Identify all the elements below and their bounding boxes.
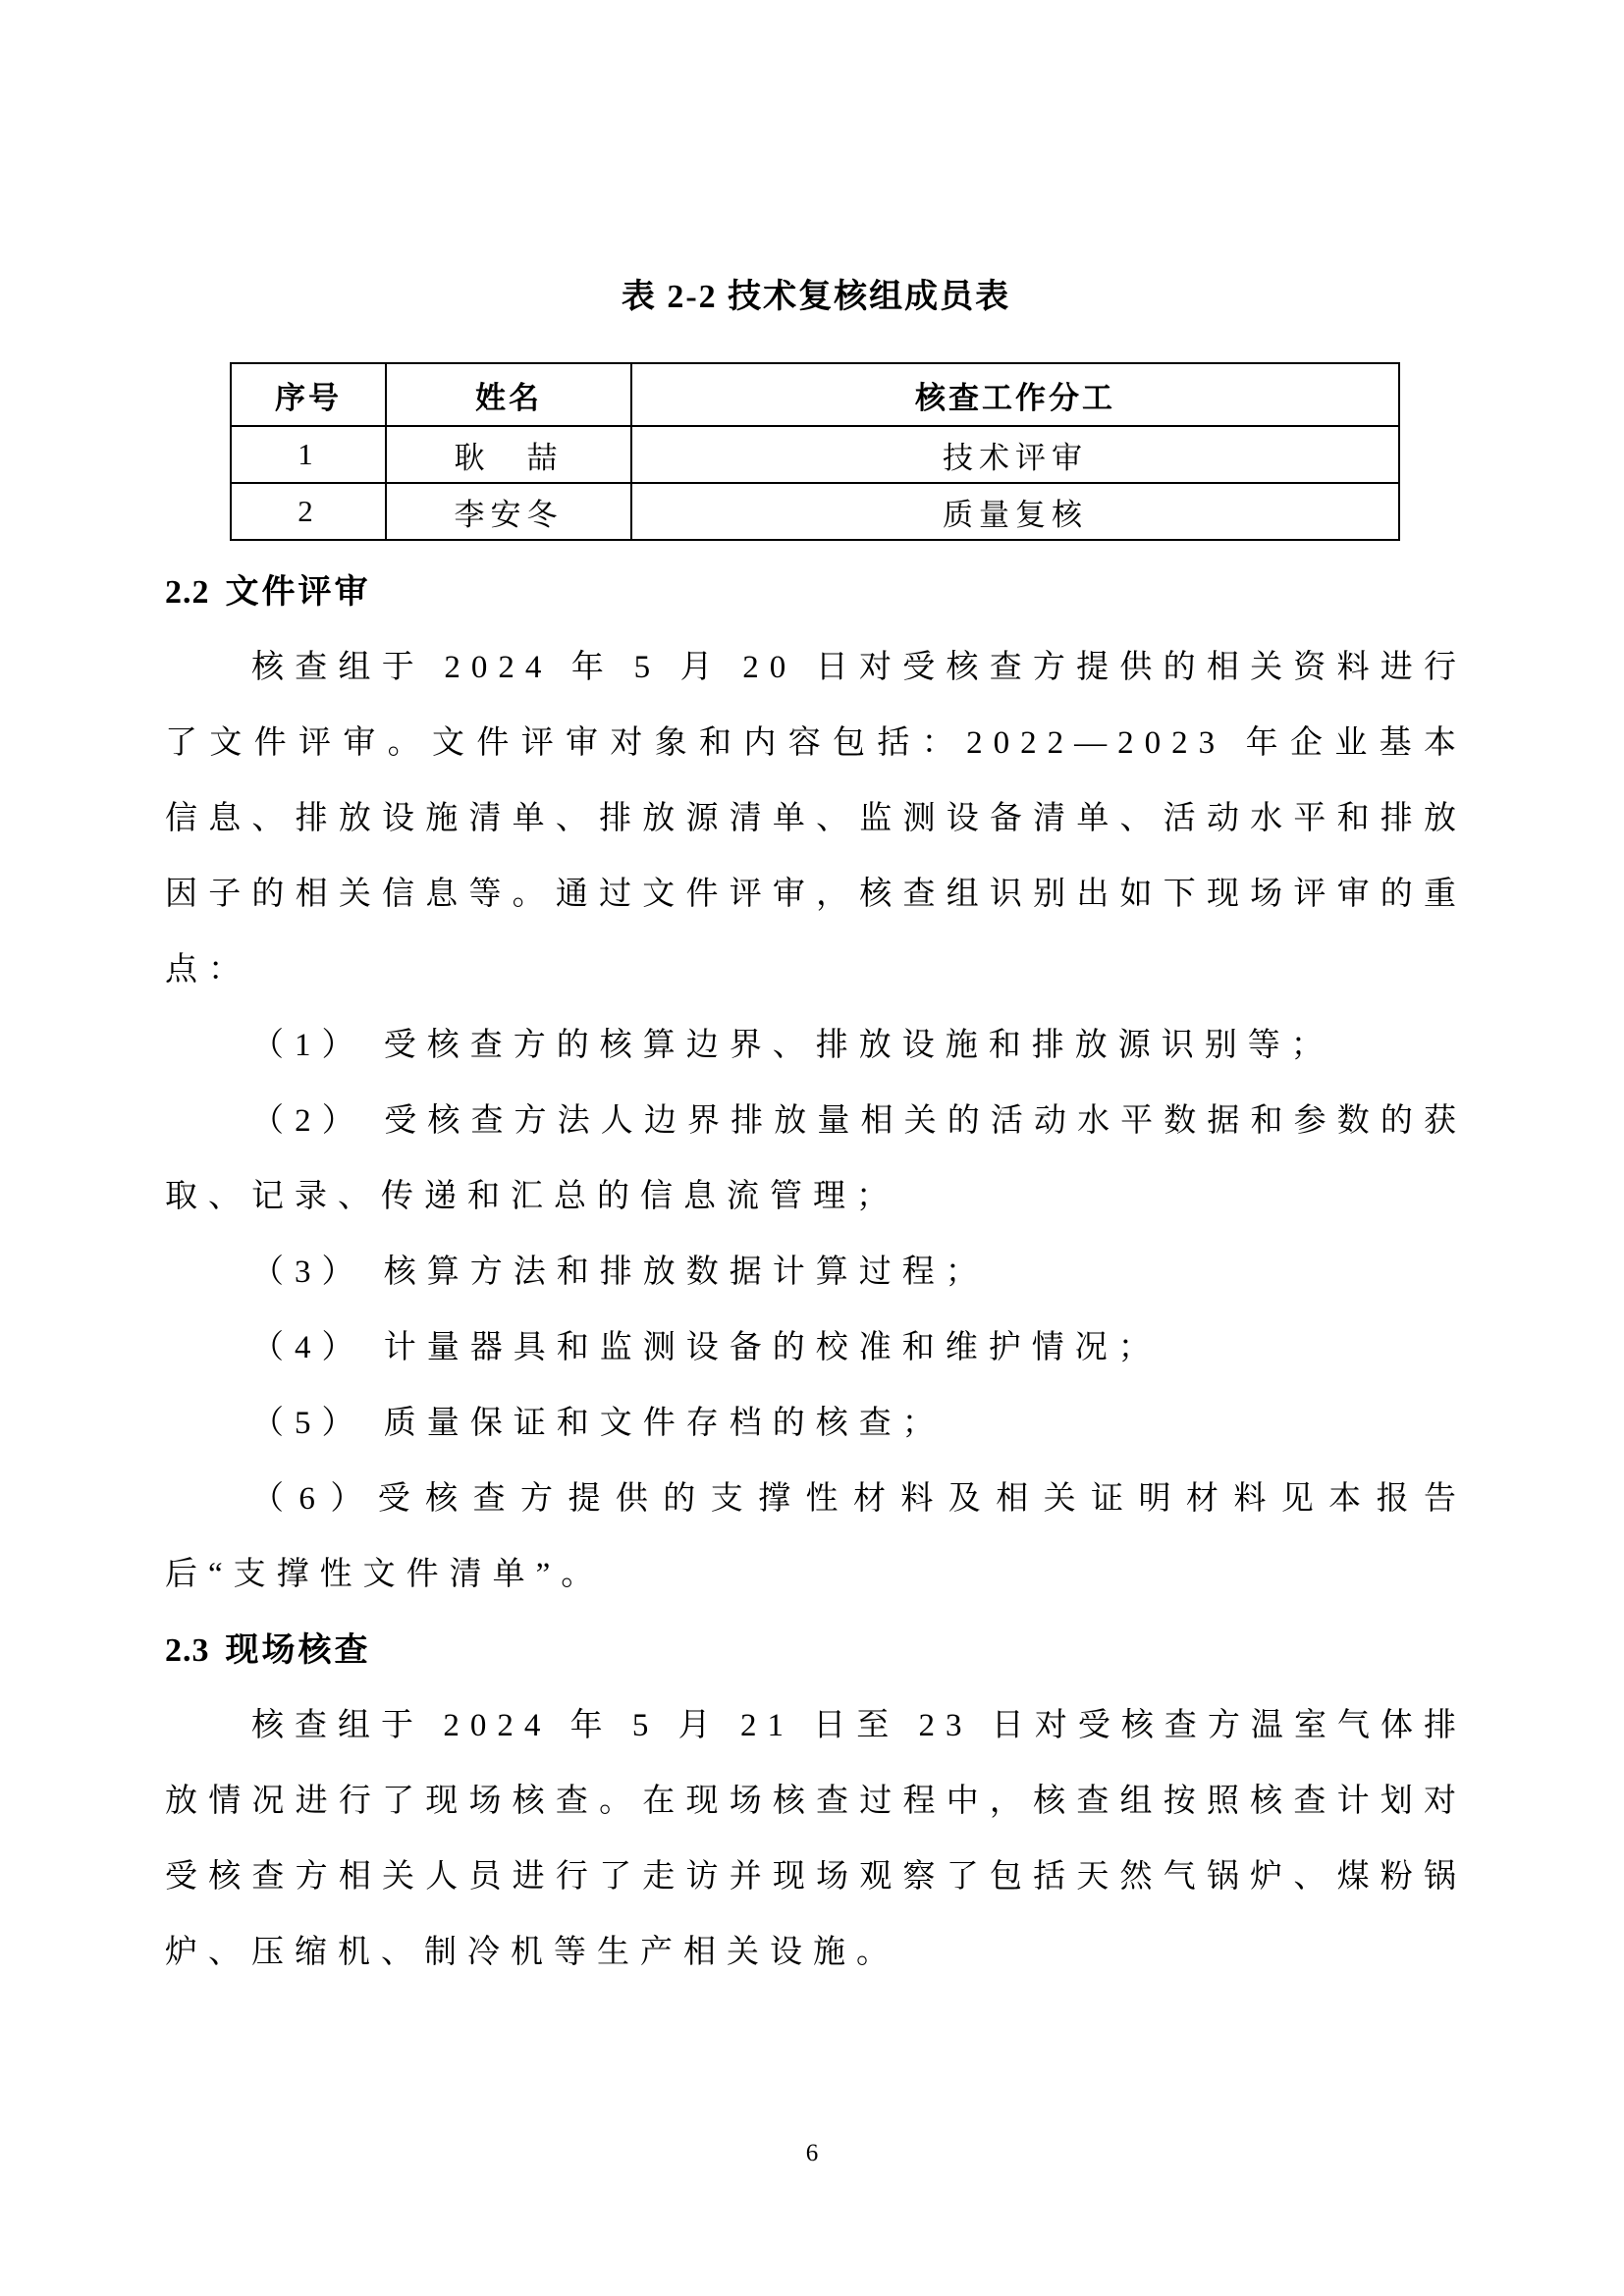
list-item-2: （2） 受核查方法人边界排放量相关的活动水平数据和参数的获取、记录、传递和汇总的…: [165, 1084, 1467, 1235]
section-title: 文件评审: [226, 574, 371, 611]
cell-index: 2: [231, 483, 386, 540]
table-row: 1 耿 喆 技术评审: [231, 426, 1399, 483]
list-item-4: （4） 计量器具和监测设备的校准和维护情况；: [165, 1310, 1467, 1386]
section-number: 2.3: [165, 1632, 210, 1669]
document-content: 表 2-2 技术复核组成员表 序号 姓名 核查工作分工 1 耿 喆 技术评审 2…: [0, 0, 1624, 1991]
cell-index: 1: [231, 426, 386, 483]
list-item-1: （1） 受核查方的核算边界、排放设施和排放源识别等；: [165, 1008, 1467, 1084]
col-header-index: 序号: [231, 363, 386, 426]
col-header-duty: 核查工作分工: [631, 363, 1399, 426]
list-item-6: （6）受核查方提供的支撑性材料及相关证明材料见本报告后“支撑性文件清单”。: [165, 1462, 1467, 1613]
section-heading-2-2: 2.2文件评审: [165, 555, 1467, 630]
list-item-3: （3） 核算方法和排放数据计算过程；: [165, 1235, 1467, 1310]
paragraph-document-review: 核查组于 2024 年 5 月 20 日对受核查方提供的相关资料进行了文件评审。…: [165, 630, 1467, 1008]
cell-duty: 质量复核: [631, 483, 1399, 540]
table-title: 表 2-2 技术复核组成员表: [165, 0, 1467, 317]
table-row: 2 李安冬 质量复核: [231, 483, 1399, 540]
section-number: 2.2: [165, 574, 210, 611]
section-title: 现场核查: [226, 1632, 371, 1669]
cell-duty: 技术评审: [631, 426, 1399, 483]
cell-name: 耿 喆: [386, 426, 631, 483]
col-header-name: 姓名: [386, 363, 631, 426]
list-item-5: （5） 质量保证和文件存档的核查；: [165, 1386, 1467, 1462]
paragraph-onsite-review: 核查组于 2024 年 5 月 21 日至 23 日对受核查方温室气体排放情况进…: [165, 1688, 1467, 1991]
cell-name: 李安冬: [386, 483, 631, 540]
table-header-row: 序号 姓名 核查工作分工: [231, 363, 1399, 426]
page-number: 6: [0, 2140, 1624, 2167]
section-heading-2-3: 2.3现场核查: [165, 1613, 1467, 1688]
review-team-table: 序号 姓名 核查工作分工 1 耿 喆 技术评审 2 李安冬 质量复核: [230, 362, 1400, 541]
